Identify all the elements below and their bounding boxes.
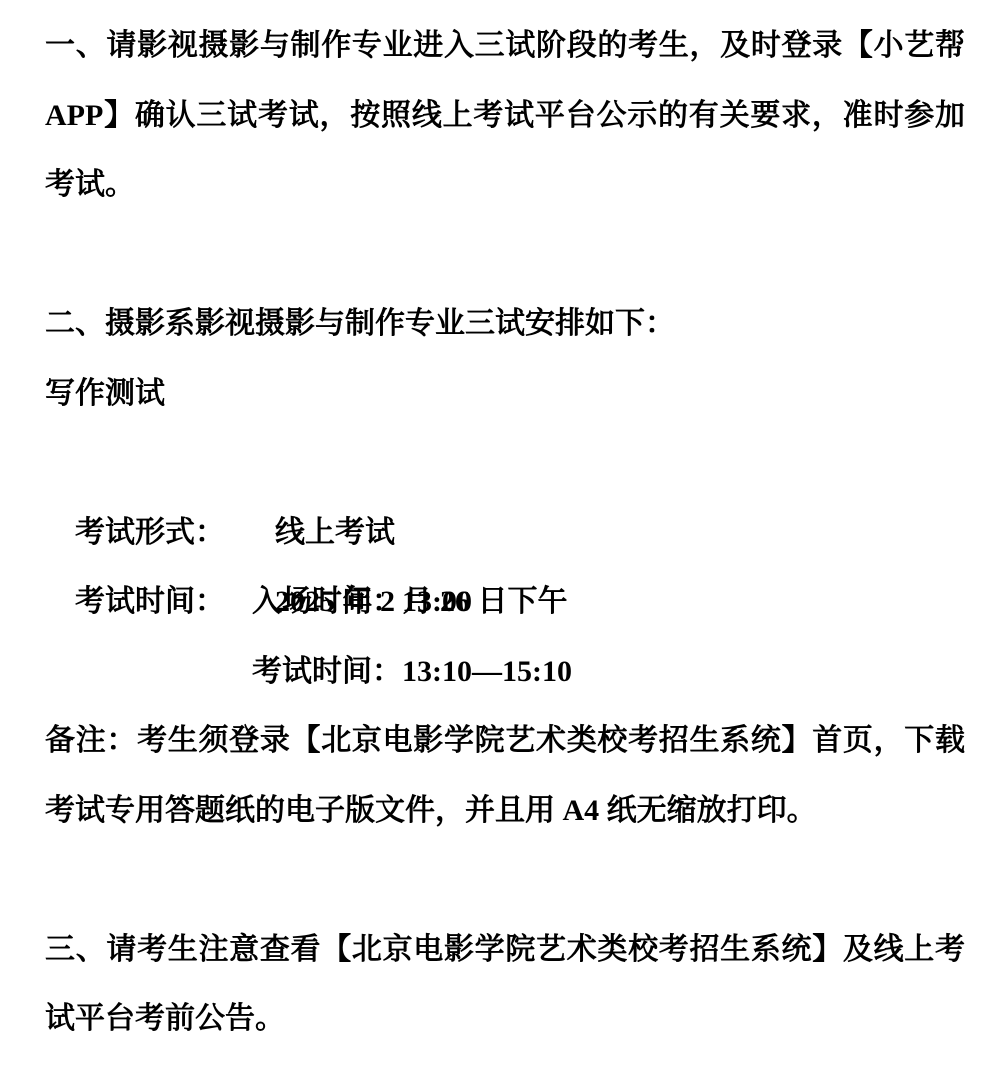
section1-line2: APP】确认三试考试，按照线上考试平台公示的有关要求，准时参加: [45, 81, 965, 151]
section3-line2: 试平台考前公告。: [45, 984, 965, 1054]
blank-line: [45, 220, 965, 290]
section1-line1: 一、请影视摄影与制作专业进入三试阶段的考生，及时登录【小艺帮: [45, 11, 965, 81]
test-time-row: 考试时间：13:10—15:10: [45, 637, 965, 707]
document-page: 一、请影视摄影与制作专业进入三试阶段的考生，及时登录【小艺帮 APP】确认三试考…: [45, 0, 965, 1054]
exam-format-row: 考试形式：线上考试: [45, 428, 965, 498]
exam-format-label: 考试形式：: [75, 498, 275, 568]
exam-format-value: 线上考试: [275, 516, 395, 549]
blank-line: [45, 845, 965, 915]
section2-subject: 写作测试: [45, 359, 965, 429]
section2-heading: 二、摄影系影视摄影与制作专业三试安排如下：: [45, 289, 965, 359]
section1-line3: 考试。: [45, 150, 965, 220]
note-line1: 备注：考生须登录【北京电影学院艺术类校考招生系统】首页，下载: [45, 706, 965, 776]
note-line2: 考试专用答题纸的电子版文件，并且用 A4 纸无缩放打印。: [45, 776, 965, 846]
exam-date-label: 考试时间：: [75, 567, 275, 637]
section3-line1: 三、请考生注意查看【北京电影学院艺术类校考招生系统】及线上考: [45, 915, 965, 985]
